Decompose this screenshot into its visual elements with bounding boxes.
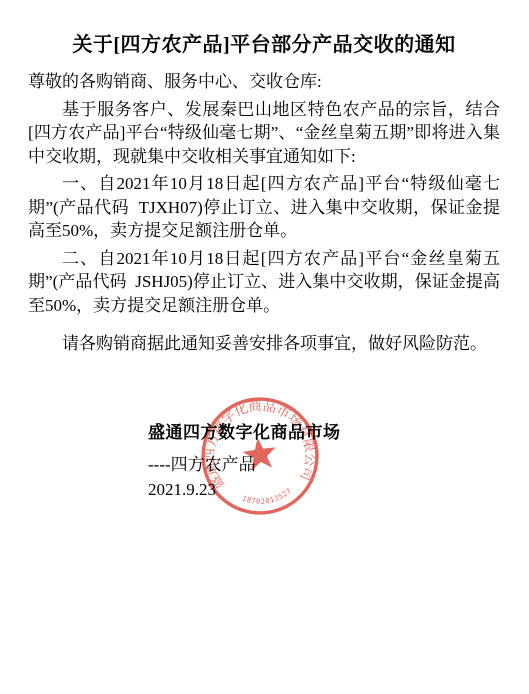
signature-division-name: ----四方农产品 [148, 453, 341, 477]
item-1-paragraph: 一、自2021年10月18日起[四方农产品]平台“特级仙毫七期”(产品代码 TJ… [28, 172, 500, 243]
signature-block: 盛通四方数字化商品市场 ----四方农产品 2021.9.23 [148, 421, 341, 502]
signature-date: 2021.9.23 [148, 478, 341, 502]
signature-company-name: 盛通四方数字化商品市场 [148, 421, 341, 445]
document-body: 关于[四方农产品]平台部分产品交收的通知 尊敬的各购销商、服务中心、交收仓库: … [0, 0, 529, 356]
page-title: 关于[四方农产品]平台部分产品交收的通知 [28, 33, 500, 58]
closing-paragraph: 请各购销商据此通知妥善安排各项事宜，做好风险防范。 [28, 332, 500, 356]
notice-document-page: 盛通四方数字化商品市场有限公司 187020135275 关于[四方农产品]平台… [0, 0, 529, 694]
salutation-line: 尊敬的各购销商、服务中心、交收仓库: [28, 70, 500, 94]
intro-paragraph: 基于服务客户、发展秦巴山地区特色农产品的宗旨，结合[四方农产品]平台“特级仙毫七… [28, 98, 500, 169]
item-2-paragraph: 二、自2021年10月18日起[四方农产品]平台“金丝皇菊五期”(产品代码 JS… [28, 247, 500, 318]
